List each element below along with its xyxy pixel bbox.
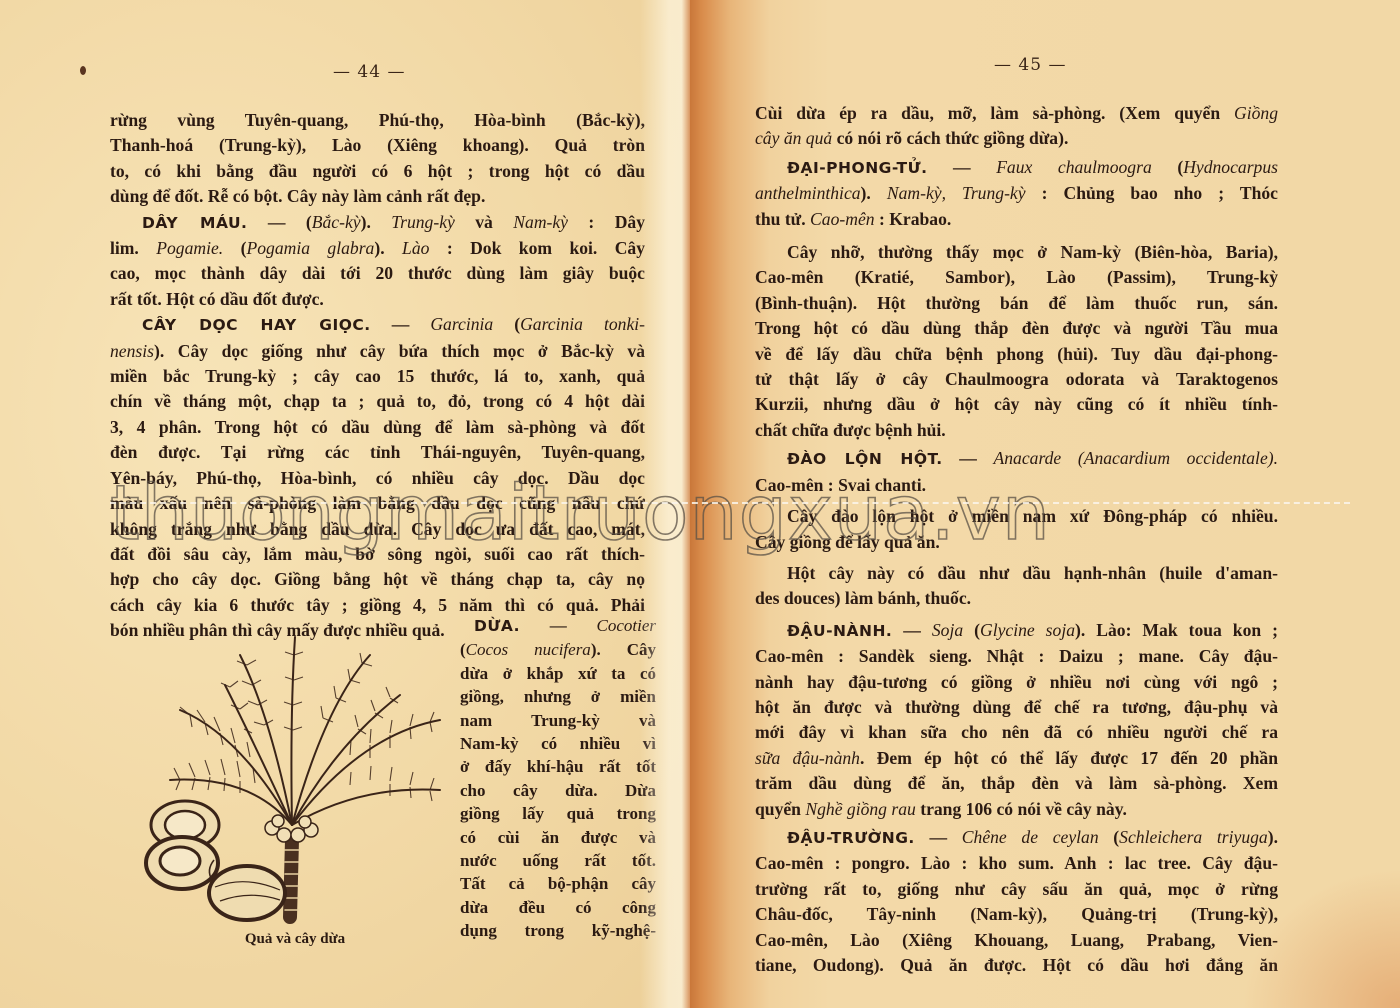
text-line: dùng để đốt. Rễ có bột. Cây này làm cảnh… [110, 184, 645, 209]
text-line: Hột cây này có dầu như dầu hạnh-nhân (hu… [755, 561, 1278, 586]
text-line: anthelminthica). Nam-kỳ, Trung-kỳ : Chủn… [755, 181, 1278, 206]
text-line: hột ăn được và thường dùng để chế ra tươ… [755, 695, 1278, 720]
text-line: quyển Nghề giồng rau trang 106 có nói về… [755, 797, 1278, 822]
entry-dau-truong: ĐẬU-TRƯỜNG. — Chêne de ceylan (Schleiche… [755, 825, 1278, 978]
text-line: ĐẠI-PHONG-TỬ. — Faux chaulmoogra (Hydnoc… [755, 155, 1278, 181]
entry-heading: ĐẠI-PHONG-TỬ. [787, 159, 927, 177]
ink-speck [80, 66, 86, 75]
text-line: Cây giồng để lấy quả ăn. [755, 530, 1278, 555]
text-line: miền bắc Trung-kỳ ; cây cao 15 thước, lá… [110, 364, 645, 389]
entry-heading: ĐÀO LỘN HỘT. [787, 450, 943, 468]
text-line: cao, mọc thành dây dài tới 20 thước dùng… [110, 261, 645, 286]
text-line: Châu-đốc, Tây-ninh (Nam-kỳ), Quảng-trị (… [755, 902, 1278, 927]
text-line: nensis). Cây dọc giống như cây bứa thích… [110, 339, 645, 364]
text-line: trường rất to, giống như cây sấu ăn quả,… [755, 877, 1278, 902]
text-line: mới đây vì khan sữa cho nên đã có nhiều … [755, 720, 1278, 745]
text-line: Cao-mên, Lào (Xiêng Khouang, Luang, Prab… [755, 928, 1278, 953]
text-line: Yên-báy, Phú-thọ, Hòa-bình, có nhiều cây… [110, 466, 645, 491]
text-line: cây ăn quả có nói rõ cách thức giồng dừa… [755, 126, 1278, 151]
text-line: Cao-mên (Kratié, Sambor), Lào (Passim), … [755, 265, 1278, 290]
page-number-right: — 45 — [994, 55, 1066, 75]
text-line: hợp cho cây dọc. Giồng bằng hột về tháng… [110, 567, 645, 592]
text-line: nành hay đậu-tương có giồng ở nhiều nơi … [755, 670, 1278, 695]
figure-caption: Quả và cây dừa [140, 931, 450, 948]
text-line: (Bình-thuận). Hột thường bán để làm thuố… [755, 291, 1278, 316]
left-page-text: rừng vùng Tuyên-quang, Phú-thọ, Hòa-bình… [110, 108, 645, 644]
text-line: rừng vùng Tuyên-quang, Phú-thọ, Hòa-bình… [110, 108, 645, 133]
paragraph: Hột cây này có dầu như dầu hạnh-nhân (hu… [755, 561, 1278, 612]
text-line: ở đấy khí-hậu rất tốt [460, 755, 656, 778]
text-line: Cao-mên : pongro. Lào : kho sum. Anh : l… [755, 851, 1278, 876]
text-line: des douces) làm bánh, thuốc. [755, 586, 1278, 611]
paragraph: Cây nhỡ, thường thấy mọc ở Nam-kỳ (Biên-… [755, 240, 1278, 443]
text-line: (Cocos nucifera). Cây [460, 638, 656, 661]
text-line: giồng, nhưng ở miền [460, 685, 656, 708]
left-page: — 44 — rừng vùng Tuyên-quang, Phú-thọ, H… [0, 0, 690, 1008]
text-line: đất đồi sâu cày, lắm màu, bờ sông ngòi, … [110, 542, 645, 567]
text-line: chín về tháng một, chạp ta ; quả to, đỏ,… [110, 389, 645, 414]
book-spine [640, 0, 692, 1008]
text-line: ĐẬU-TRƯỜNG. — Chêne de ceylan (Schleiche… [755, 825, 1278, 851]
text-line: lim. Pogamie. (Pogamia glabra). Lào : Do… [110, 236, 645, 261]
text-line: thu tử. Cao-mên : Krabao. [755, 207, 1278, 232]
entry-dau-nanh: ĐẬU-NÀNH. — Soja (Glycine soja). Lào: Ma… [755, 618, 1278, 822]
entry-heading: DÂY MÁU. [142, 214, 247, 232]
entry-heading: CÂY DỌC HAY GIỌC. [142, 316, 371, 334]
text-line: ĐÀO LỘN HỘT. — Anacarde (Anacardium occi… [755, 446, 1278, 472]
paragraph: Cây đào lộn hột ở miền nam xứ Đông-pháp … [755, 504, 1278, 555]
entry-dua: DỪA. — Cocotier (Cocos nucifera). Cây dừ… [460, 614, 656, 943]
entry-heading: ĐẬU-TRƯỜNG. [787, 829, 915, 847]
entry-day-mau: DÂY MÁU. — (Bắc-kỳ). Trung-kỳ và Nam-kỳ … [110, 210, 645, 313]
text-line: rất tốt. Hột có dầu đốt được. [110, 287, 645, 312]
entry-dao-lon-hot: ĐÀO LỘN HỘT. — Anacarde (Anacardium occi… [755, 446, 1278, 498]
coconut-figure: Quả và cây dừa [140, 625, 450, 955]
text-line: trăm dầu dùng để ăn, thắp đèn và làm sà-… [755, 771, 1278, 796]
text-line: chất chữa được bệnh hủi. [755, 418, 1278, 443]
text-line: CÂY DỌC HAY GIỌC. — Garcinia (Garcinia t… [110, 312, 645, 338]
text-line: tử thật lấy ở cây Chaulmoogra odorata và… [755, 367, 1278, 392]
coconut-palm-illustration-icon [140, 625, 450, 925]
entry-heading: ĐẬU-NÀNH. [787, 622, 892, 640]
text-line: cho cây dừa. Dừa [460, 779, 656, 802]
text-line: nam Trung-kỳ và [460, 709, 656, 732]
text-line: dừa đều có công [460, 896, 656, 919]
text-line: Thanh-hoá (Trung-kỳ), Lào (Xiêng khoang)… [110, 133, 645, 158]
entry-dai-phong-tu: ĐẠI-PHONG-TỬ. — Faux chaulmoogra (Hydnoc… [755, 155, 1278, 232]
text-line: giồng lấy quả trong [460, 802, 656, 825]
text-line: sữa đậu-nành. Đem ép hột có thể lấy được… [755, 746, 1278, 771]
text-line: Cao-mên : Svai chanti. [755, 473, 1278, 498]
entry-cay-doc: CÂY DỌC HAY GIỌC. — Garcinia (Garcinia t… [110, 312, 645, 643]
text-line: Cao-mên : Sandèk sieng. Nhật : Daizu ; m… [755, 644, 1278, 669]
text-line: Kurzii, nhưng dầu ở hột cây này cũng có … [755, 392, 1278, 417]
text-line: dụng trong kỹ-nghệ- [460, 919, 656, 942]
page-number-left: — 44 — [333, 62, 405, 82]
text-line: Cây đào lộn hột ở miền nam xứ Đông-pháp … [755, 504, 1278, 529]
text-line: to, có khi bằng đầu người có 6 hột ; tro… [110, 159, 645, 184]
book-spread: — 44 — rừng vùng Tuyên-quang, Phú-thọ, H… [0, 0, 1400, 1008]
text-line: Nam-kỳ có nhiều vì [460, 732, 656, 755]
text-line: màu xấu nên sà-phòng làm bằng dầu dọc cũ… [110, 491, 645, 516]
text-line: DÂY MÁU. — (Bắc-kỳ). Trung-kỳ và Nam-kỳ … [110, 210, 645, 236]
text-line: nước uống rất tốt. [460, 849, 656, 872]
right-page-text: Cùi dừa ép ra dầu, mỡ, làm sà-phòng. (Xe… [755, 101, 1278, 978]
text-line: Trong hột có dầu dùng thắp đèn được và n… [755, 316, 1278, 341]
text-line: Cây nhỡ, thường thấy mọc ở Nam-kỳ (Biên-… [755, 240, 1278, 265]
text-line: DỪA. — Cocotier [460, 614, 656, 638]
text-line: về để lấy dầu chữa bệnh phong (hủi). Tuy… [755, 342, 1278, 367]
text-line: ĐẬU-NÀNH. — Soja (Glycine soja). Lào: Ma… [755, 618, 1278, 644]
right-page: — 45 — Cùi dừa ép ra dầu, mỡ, làm sà-phò… [690, 0, 1400, 1008]
text-line: đèn được. Tại rừng các tỉnh Thái-nguyên,… [110, 440, 645, 465]
entry-heading: DỪA. [474, 617, 520, 635]
text-line: tiane, Oudong). Quả ăn được. Hột có dầu … [755, 953, 1278, 978]
text-line: Cùi dừa ép ra dầu, mỡ, làm sà-phòng. (Xe… [755, 101, 1278, 126]
text-line: dừa ở khắp xứ ta có [460, 662, 656, 685]
text-line: 3, 4 phân. Trong hột có dầu dùng để làm … [110, 415, 645, 440]
text-line: không trắng như bằng dầu dừa. Cây dọc ưa… [110, 517, 645, 542]
text-line: Tất cả bộ-phận cây [460, 872, 656, 895]
text-line: có cùi ăn được và [460, 826, 656, 849]
